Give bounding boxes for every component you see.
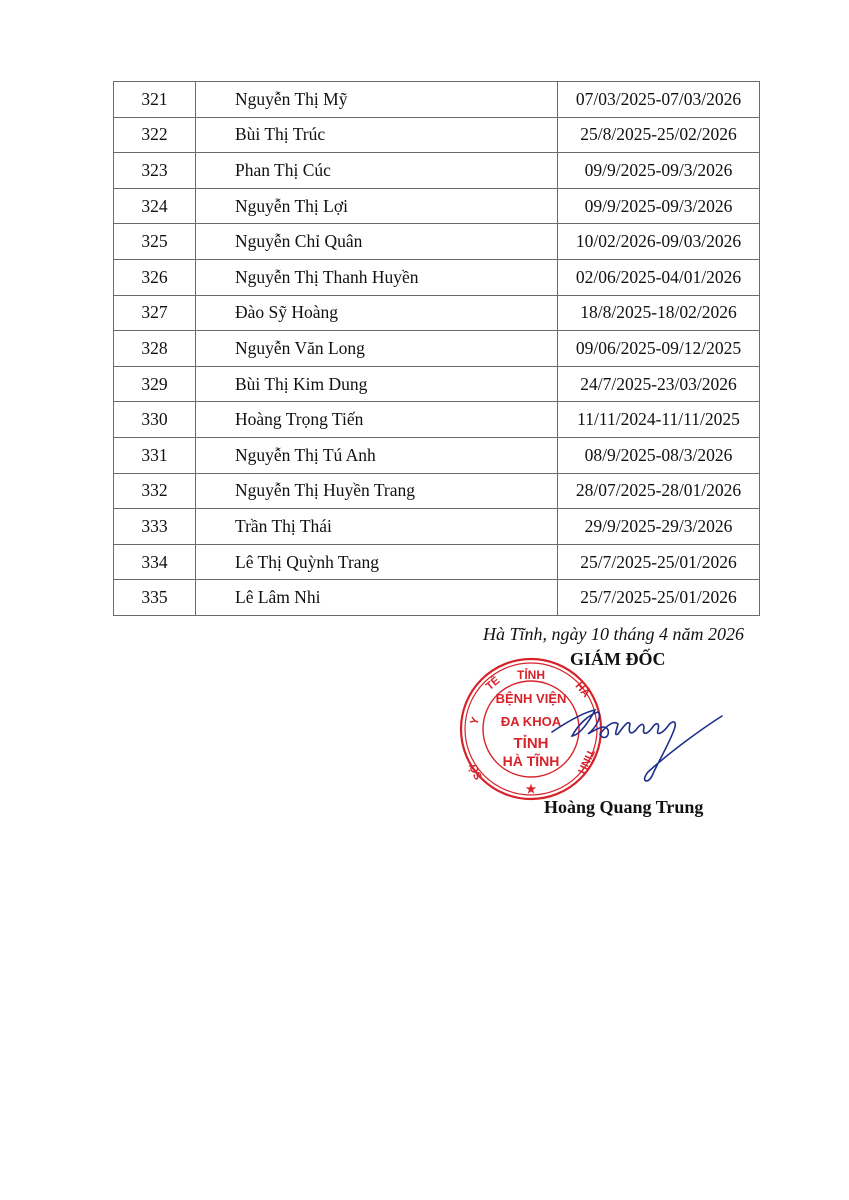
row-number: 327 (114, 295, 196, 331)
row-number: 328 (114, 331, 196, 367)
table-row: 331Nguyễn Thị Tú Anh08/9/2025-08/3/2026 (114, 437, 760, 473)
table-row: 321Nguyễn Thị Mỹ07/03/2025-07/03/2026 (114, 82, 760, 118)
table-row: 324Nguyễn Thị Lợi09/9/2025-09/3/2026 (114, 188, 760, 224)
svg-text:Y: Y (468, 715, 482, 727)
person-name: Nguyễn Chỉ Quân (196, 224, 558, 260)
place-date: Hà Tĩnh, ngày 10 tháng 4 năm 2026 (444, 624, 744, 645)
row-number: 329 (114, 366, 196, 402)
contract-period: 07/03/2025-07/03/2026 (558, 82, 760, 118)
row-number: 333 (114, 509, 196, 545)
row-number: 322 (114, 117, 196, 153)
person-name: Nguyễn Thị Lợi (196, 188, 558, 224)
contract-period: 29/9/2025-29/3/2026 (558, 509, 760, 545)
person-name: Phan Thị Cúc (196, 153, 558, 189)
contract-period: 08/9/2025-08/3/2026 (558, 437, 760, 473)
contract-period: 25/7/2025-25/01/2026 (558, 544, 760, 580)
row-number: 335 (114, 580, 196, 616)
table-row: 327Đào Sỹ Hoàng18/8/2025-18/02/2026 (114, 295, 760, 331)
person-name: Hoàng Trọng Tiến (196, 402, 558, 438)
table-row: 329Bùi Thị Kim Dung24/7/2025-23/03/2026 (114, 366, 760, 402)
svg-text:TỈNH: TỈNH (517, 667, 545, 682)
table-row: 335Lê Lâm Nhi25/7/2025-25/01/2026 (114, 580, 760, 616)
row-number: 321 (114, 82, 196, 118)
table-row: 322Bùi Thị Trúc25/8/2025-25/02/2026 (114, 117, 760, 153)
personnel-table: 321Nguyễn Thị Mỹ07/03/2025-07/03/2026322… (113, 81, 760, 616)
table-row: 330Hoàng Trọng Tiến11/11/2024-11/11/2025 (114, 402, 760, 438)
person-name: Nguyễn Thị Mỹ (196, 82, 558, 118)
document-page: 321Nguyễn Thị Mỹ07/03/2025-07/03/2026322… (0, 0, 849, 1200)
row-number: 326 (114, 259, 196, 295)
signer-title: GIÁM ĐỐC (570, 649, 666, 670)
contract-period: 09/9/2025-09/3/2026 (558, 153, 760, 189)
person-name: Bùi Thị Trúc (196, 117, 558, 153)
svg-text:★: ★ (526, 782, 537, 796)
contract-period: 25/7/2025-25/01/2026 (558, 580, 760, 616)
contract-period: 18/8/2025-18/02/2026 (558, 295, 760, 331)
person-name: Nguyễn Thị Thanh Huyền (196, 259, 558, 295)
row-number: 330 (114, 402, 196, 438)
row-number: 324 (114, 188, 196, 224)
row-number: 323 (114, 153, 196, 189)
contract-period: 28/07/2025-28/01/2026 (558, 473, 760, 509)
table-row: 334Lê Thị Quỳnh Trang25/7/2025-25/01/202… (114, 544, 760, 580)
row-number: 325 (114, 224, 196, 260)
person-name: Bùi Thị Kim Dung (196, 366, 558, 402)
contract-period: 10/02/2026-09/03/2026 (558, 224, 760, 260)
person-name: Lê Lâm Nhi (196, 580, 558, 616)
signature-icon (540, 690, 730, 790)
table-row: 326Nguyễn Thị Thanh Huyền02/06/2025-04/0… (114, 259, 760, 295)
person-name: Nguyễn Văn Long (196, 331, 558, 367)
row-number: 334 (114, 544, 196, 580)
contract-period: 11/11/2024-11/11/2025 (558, 402, 760, 438)
table-row: 323Phan Thị Cúc09/9/2025-09/3/2026 (114, 153, 760, 189)
contract-period: 02/06/2025-04/01/2026 (558, 259, 760, 295)
person-name: Trần Thị Thái (196, 509, 558, 545)
contract-period: 24/7/2025-23/03/2026 (558, 366, 760, 402)
person-name: Nguyễn Thị Tú Anh (196, 437, 558, 473)
table-row: 328Nguyễn Văn Long09/06/2025-09/12/2025 (114, 331, 760, 367)
contract-period: 25/8/2025-25/02/2026 (558, 117, 760, 153)
table-row: 333Trần Thị Thái29/9/2025-29/3/2026 (114, 509, 760, 545)
row-number: 331 (114, 437, 196, 473)
person-name: Nguyễn Thị Huyền Trang (196, 473, 558, 509)
contract-period: 09/9/2025-09/3/2026 (558, 188, 760, 224)
table-row: 332Nguyễn Thị Huyền Trang28/07/2025-28/0… (114, 473, 760, 509)
person-name: Đào Sỹ Hoàng (196, 295, 558, 331)
table-row: 325Nguyễn Chỉ Quân10/02/2026-09/03/2026 (114, 224, 760, 260)
row-number: 332 (114, 473, 196, 509)
contract-period: 09/06/2025-09/12/2025 (558, 331, 760, 367)
signer-name: Hoàng Quang Trung (544, 797, 703, 818)
person-name: Lê Thị Quỳnh Trang (196, 544, 558, 580)
